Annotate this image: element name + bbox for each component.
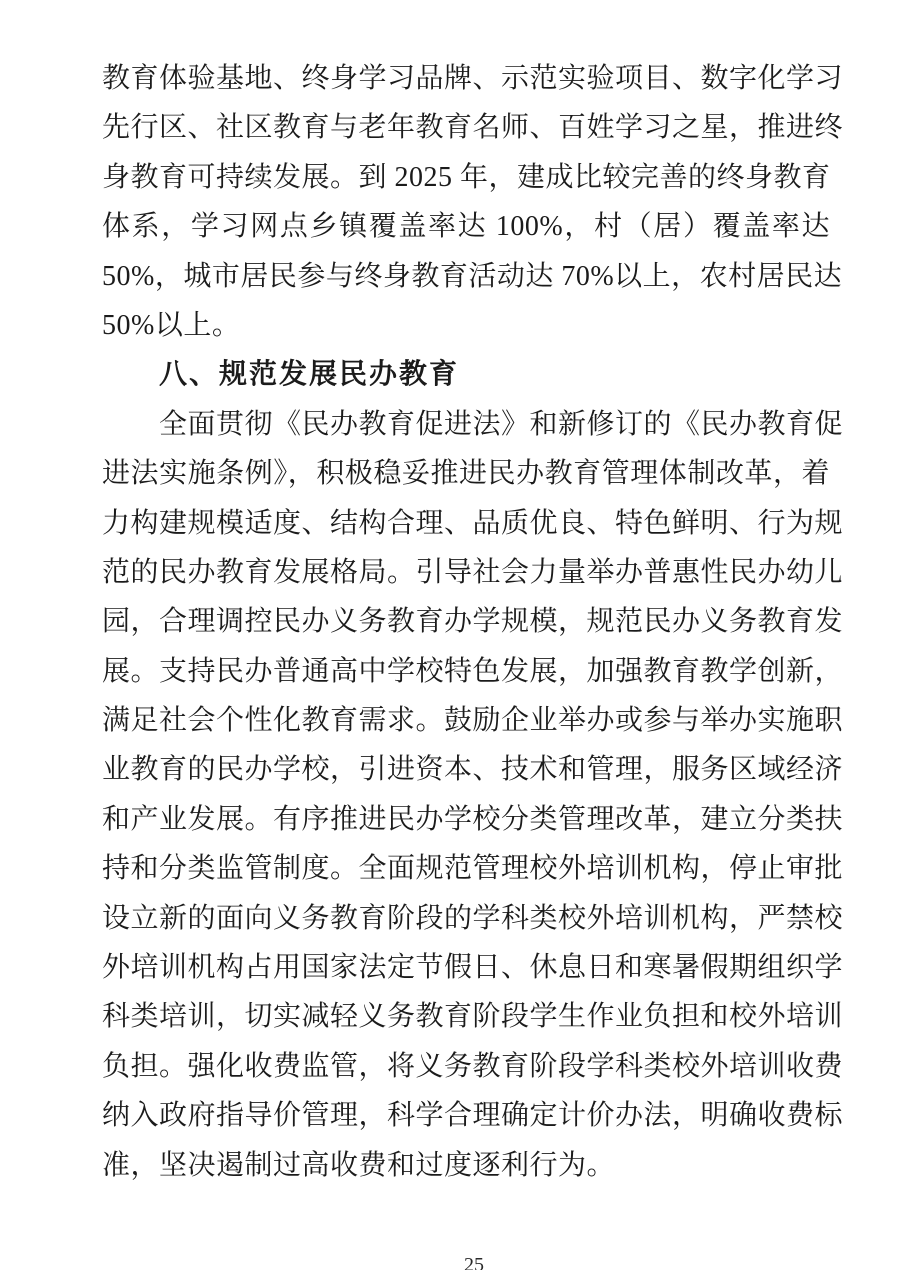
body-line: 力构建规模适度、结构合理、品质优良、特色鲜明、行为规 bbox=[102, 499, 830, 548]
body-line: 进法实施条例》，积极稳妥推进民办教育管理体制改革，着 bbox=[102, 449, 830, 498]
body-line: 和产业发展。有序推进民办学校分类管理改革，建立分类扶 bbox=[102, 795, 830, 844]
body-line: 持和分类监管制度。全面规范管理校外培训机构，停止审批 bbox=[102, 844, 830, 893]
body-line: 先行区、社区教育与老年教育名师、百姓学习之星，推进终 bbox=[102, 103, 830, 152]
document-page: 教育体验基地、终身学习品牌、示范实验项目、数字化学习 先行区、社区教育与老年教育… bbox=[0, 0, 900, 1270]
body-line: 科类培训，切实减轻义务教育阶段学生作业负担和校外培训 bbox=[102, 992, 830, 1041]
body-line: 全面贯彻《民办教育促进法》和新修订的《民办教育促 bbox=[102, 400, 830, 449]
body-line: 体系，学习网点乡镇覆盖率达 100%，村（居）覆盖率达 bbox=[102, 202, 830, 251]
body-line: 教育体验基地、终身学习品牌、示范实验项目、数字化学习 bbox=[102, 54, 830, 103]
body-line: 设立新的面向义务教育阶段的学科类校外培训机构，严禁校 bbox=[102, 894, 830, 943]
page-number: 25 bbox=[464, 1254, 484, 1270]
body-line: 外培训机构占用国家法定节假日、休息日和寒暑假期组织学 bbox=[102, 943, 830, 992]
body-line: 园，合理调控民办义务教育办学规模，规范民办义务教育发 bbox=[102, 597, 830, 646]
section-heading: 八、规范发展民办教育 bbox=[102, 350, 830, 399]
body-line: 50%，城市居民参与终身教育活动达 70%以上，农村居民达 bbox=[102, 252, 830, 301]
body-line: 业教育的民办学校，引进资本、技术和管理，服务区域经济 bbox=[102, 745, 830, 794]
body-line: 50%以上。 bbox=[102, 301, 830, 350]
body-line: 展。支持民办普通高中学校特色发展，加强教育教学创新， bbox=[102, 647, 830, 696]
body-line: 准，坚决遏制过高收费和过度逐利行为。 bbox=[102, 1141, 830, 1190]
body-line: 身教育可持续发展。到 2025 年，建成比较完善的终身教育 bbox=[102, 153, 830, 202]
body-line: 负担。强化收费监管，将义务教育阶段学科类校外培训收费 bbox=[102, 1042, 830, 1091]
body-line: 满足社会个性化教育需求。鼓励企业举办或参与举办实施职 bbox=[102, 696, 830, 745]
body-line: 纳入政府指导价管理，科学合理确定计价办法，明确收费标 bbox=[102, 1091, 830, 1140]
document-body: 教育体验基地、终身学习品牌、示范实验项目、数字化学习 先行区、社区教育与老年教育… bbox=[102, 54, 830, 1190]
body-line: 范的民办教育发展格局。引导社会力量举办普惠性民办幼儿 bbox=[102, 548, 830, 597]
